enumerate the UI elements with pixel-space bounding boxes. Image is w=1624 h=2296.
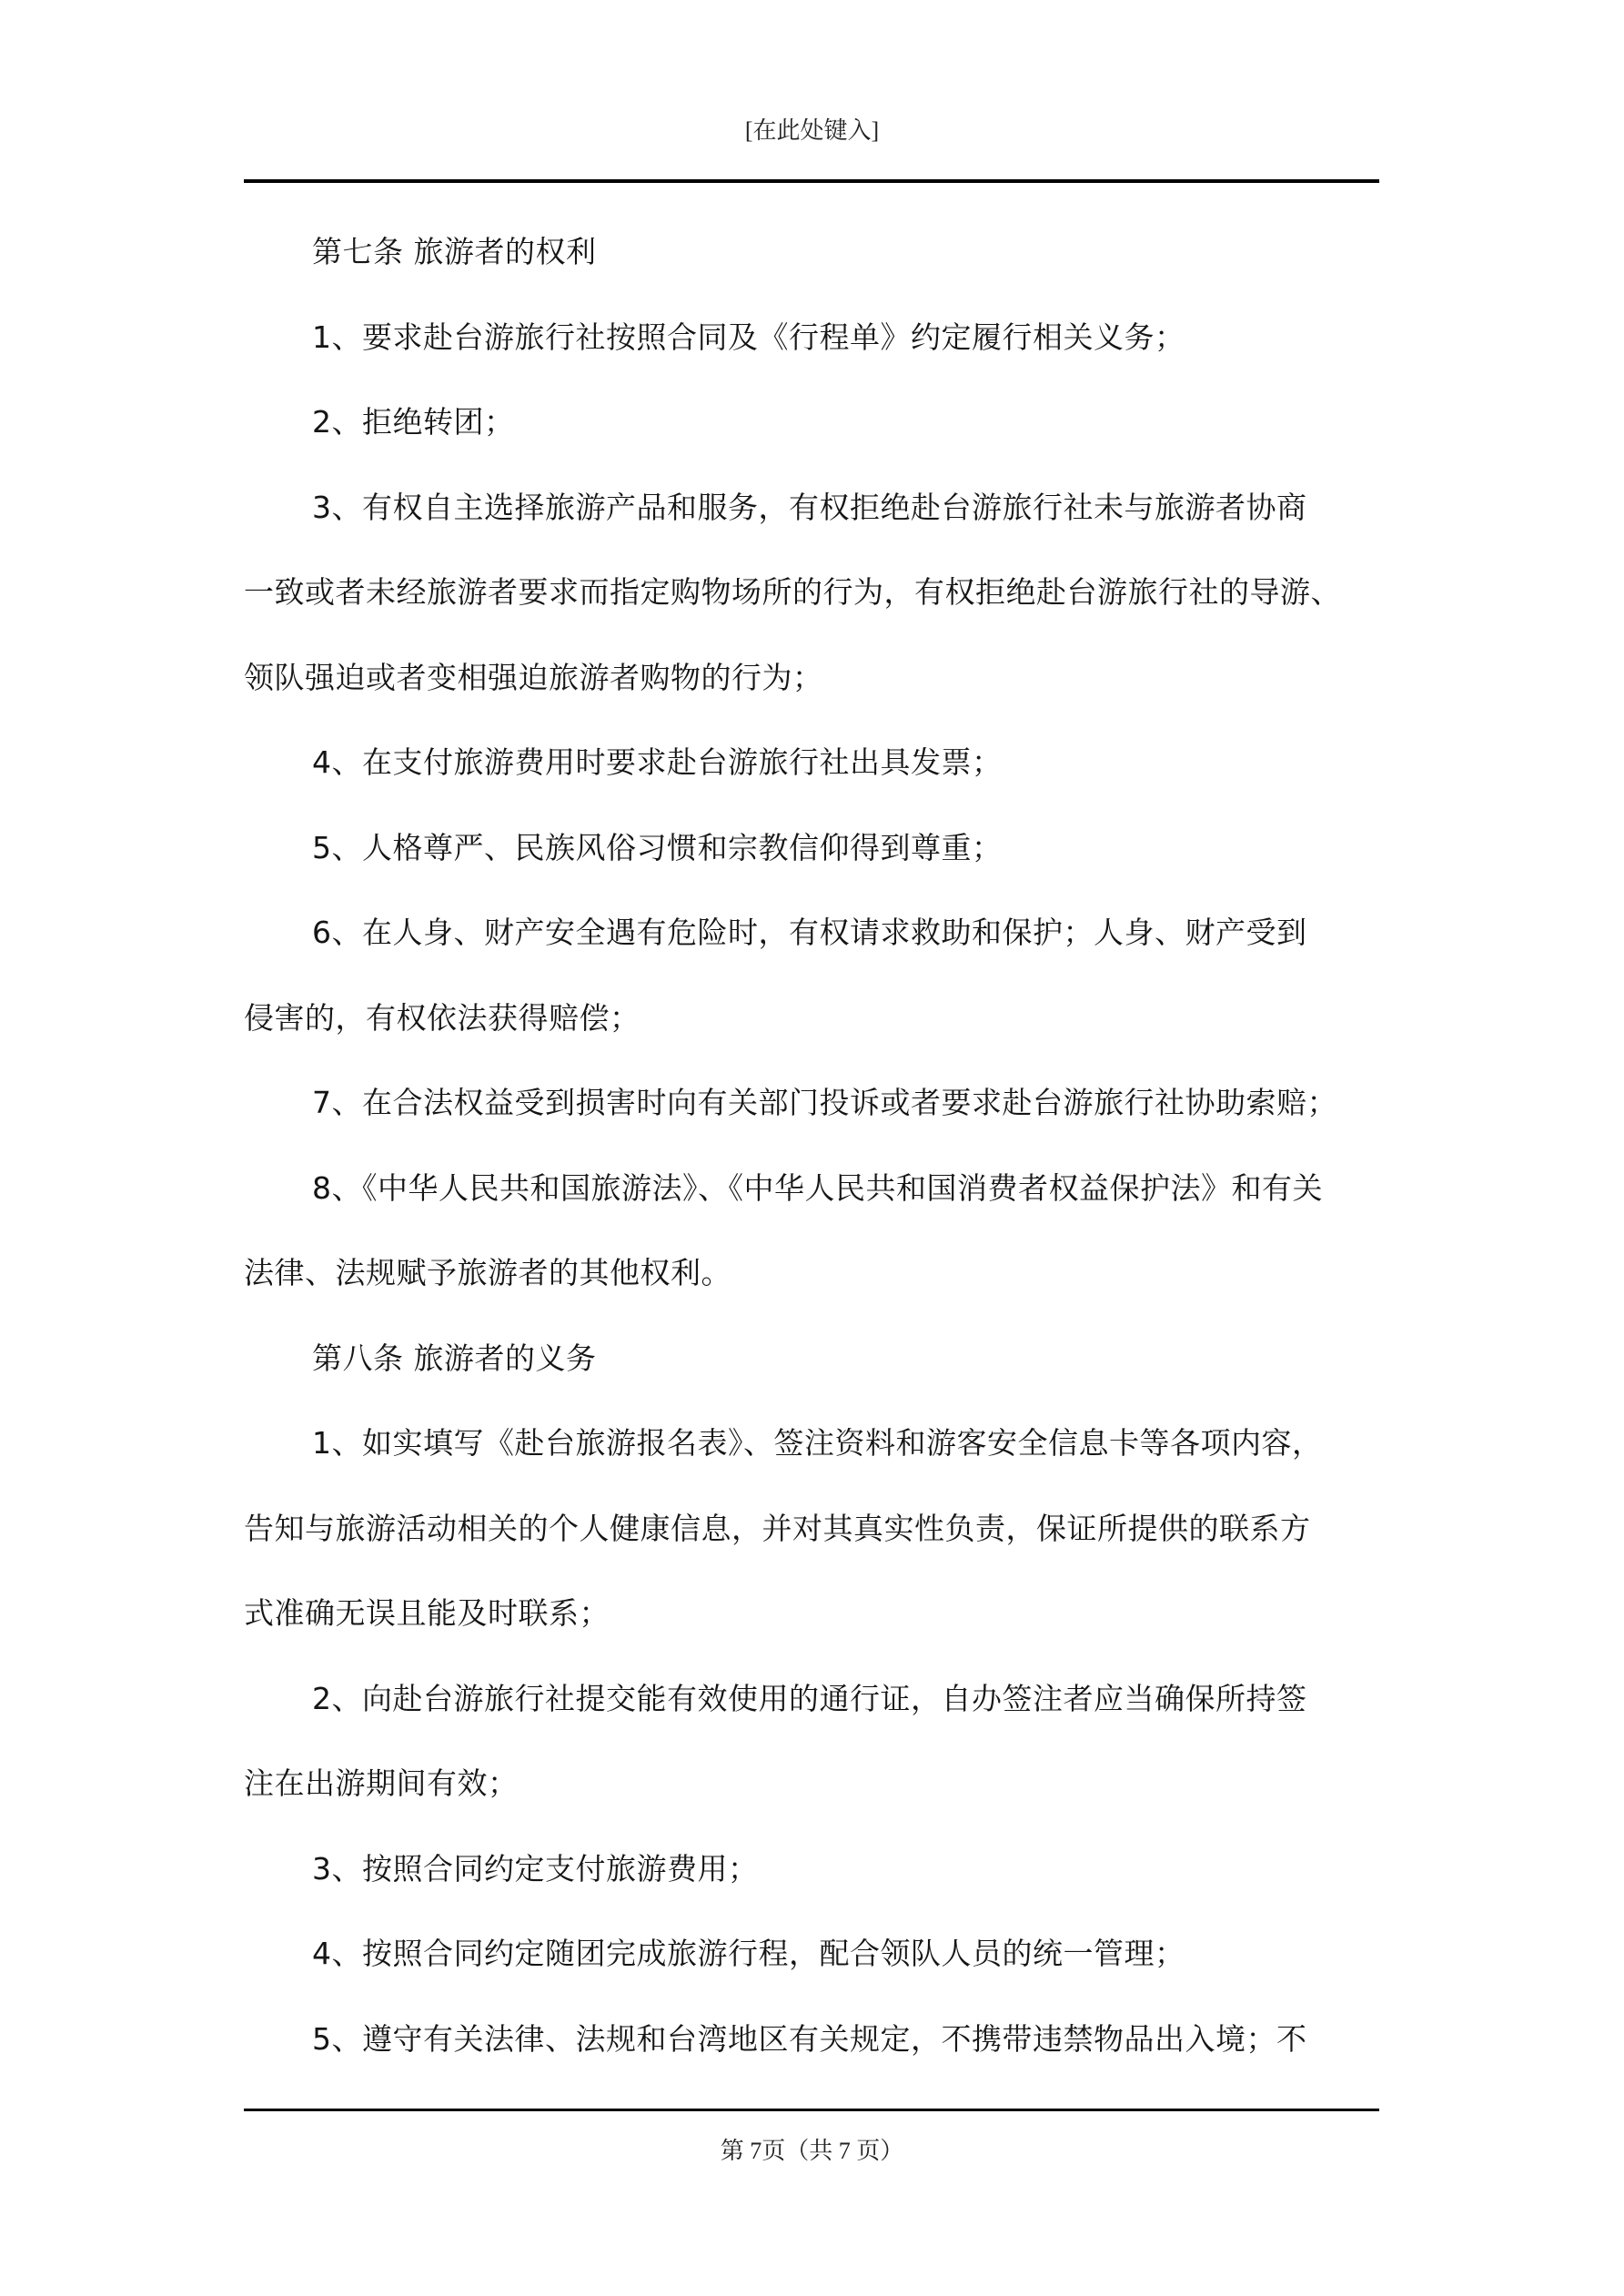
article-8-heading: 第八条 旅游者的义务 [244, 1316, 1379, 1401]
header-divider [244, 179, 1379, 183]
document-body: 第七条 旅游者的权利 1、要求赴台游旅行社按照合同及《行程单》约定履行相关义务；… [244, 209, 1379, 2081]
paragraph-line: 注在出游期间有效； [244, 1741, 1379, 1826]
paragraph-line: 1、要求赴台游旅行社按照合同及《行程单》约定履行相关义务； [244, 295, 1379, 380]
paragraph-line: 侵害的，有权依法获得赔偿； [244, 976, 1379, 1061]
paragraph-line: 5、人格尊严、民族风俗习惯和宗教信仰得到尊重； [244, 805, 1379, 891]
paragraph-line: 领队强迫或者变相强迫旅游者购物的行为； [244, 635, 1379, 721]
header-placeholder[interactable]: [在此处键入] [0, 115, 1624, 147]
paragraph-line: 式准确无误且能及时联系； [244, 1571, 1379, 1656]
article-7-heading: 第七条 旅游者的权利 [244, 209, 1379, 295]
paragraph-line: 一致或者未经旅游者要求而指定购物场所的行为，有权拒绝赴台游旅行社的导游、 [244, 550, 1379, 635]
paragraph-line: 8、《中华人民共和国旅游法》、《中华人民共和国消费者权益保护法》和有关 [244, 1146, 1379, 1231]
footer-divider [244, 2109, 1379, 2111]
page-indicator: 第 7页（共 7 页） [0, 2135, 1624, 2168]
paragraph-line: 3、有权自主选择旅游产品和服务，有权拒绝赴台游旅行社未与旅游者协商 [244, 465, 1379, 551]
paragraph-line: 4、按照合同约定随团完成旅游行程，配合领队人员的统一管理； [244, 1911, 1379, 1997]
paragraph-line: 3、按照合同约定支付旅游费用； [244, 1826, 1379, 1912]
paragraph-line: 法律、法规赋予旅游者的其他权利。 [244, 1230, 1379, 1316]
document-page: [在此处键入] 第七条 旅游者的权利 1、要求赴台游旅行社按照合同及《行程单》约… [0, 0, 1624, 2296]
paragraph-line: 告知与旅游活动相关的个人健康信息，并对其真实性负责，保证所提供的联系方 [244, 1486, 1379, 1572]
paragraph-line: 6、在人身、财产安全遇有危险时，有权请求救助和保护；人身、财产受到 [244, 890, 1379, 976]
paragraph-line: 2、向赴台游旅行社提交能有效使用的通行证，自办签注者应当确保所持签 [244, 1656, 1379, 1742]
paragraph-line: 4、在支付旅游费用时要求赴台游旅行社出具发票； [244, 720, 1379, 805]
paragraph-line: 5、遵守有关法律、法规和台湾地区有关规定，不携带违禁物品出入境；不 [244, 1997, 1379, 2082]
paragraph-line: 2、拒绝转团； [244, 379, 1379, 465]
paragraph-line: 1、如实填写《赴台旅游报名表》、签注资料和游客安全信息卡等各项内容， [244, 1401, 1379, 1486]
paragraph-line: 7、在合法权益受到损害时向有关部门投诉或者要求赴台游旅行社协助索赔； [244, 1060, 1379, 1146]
